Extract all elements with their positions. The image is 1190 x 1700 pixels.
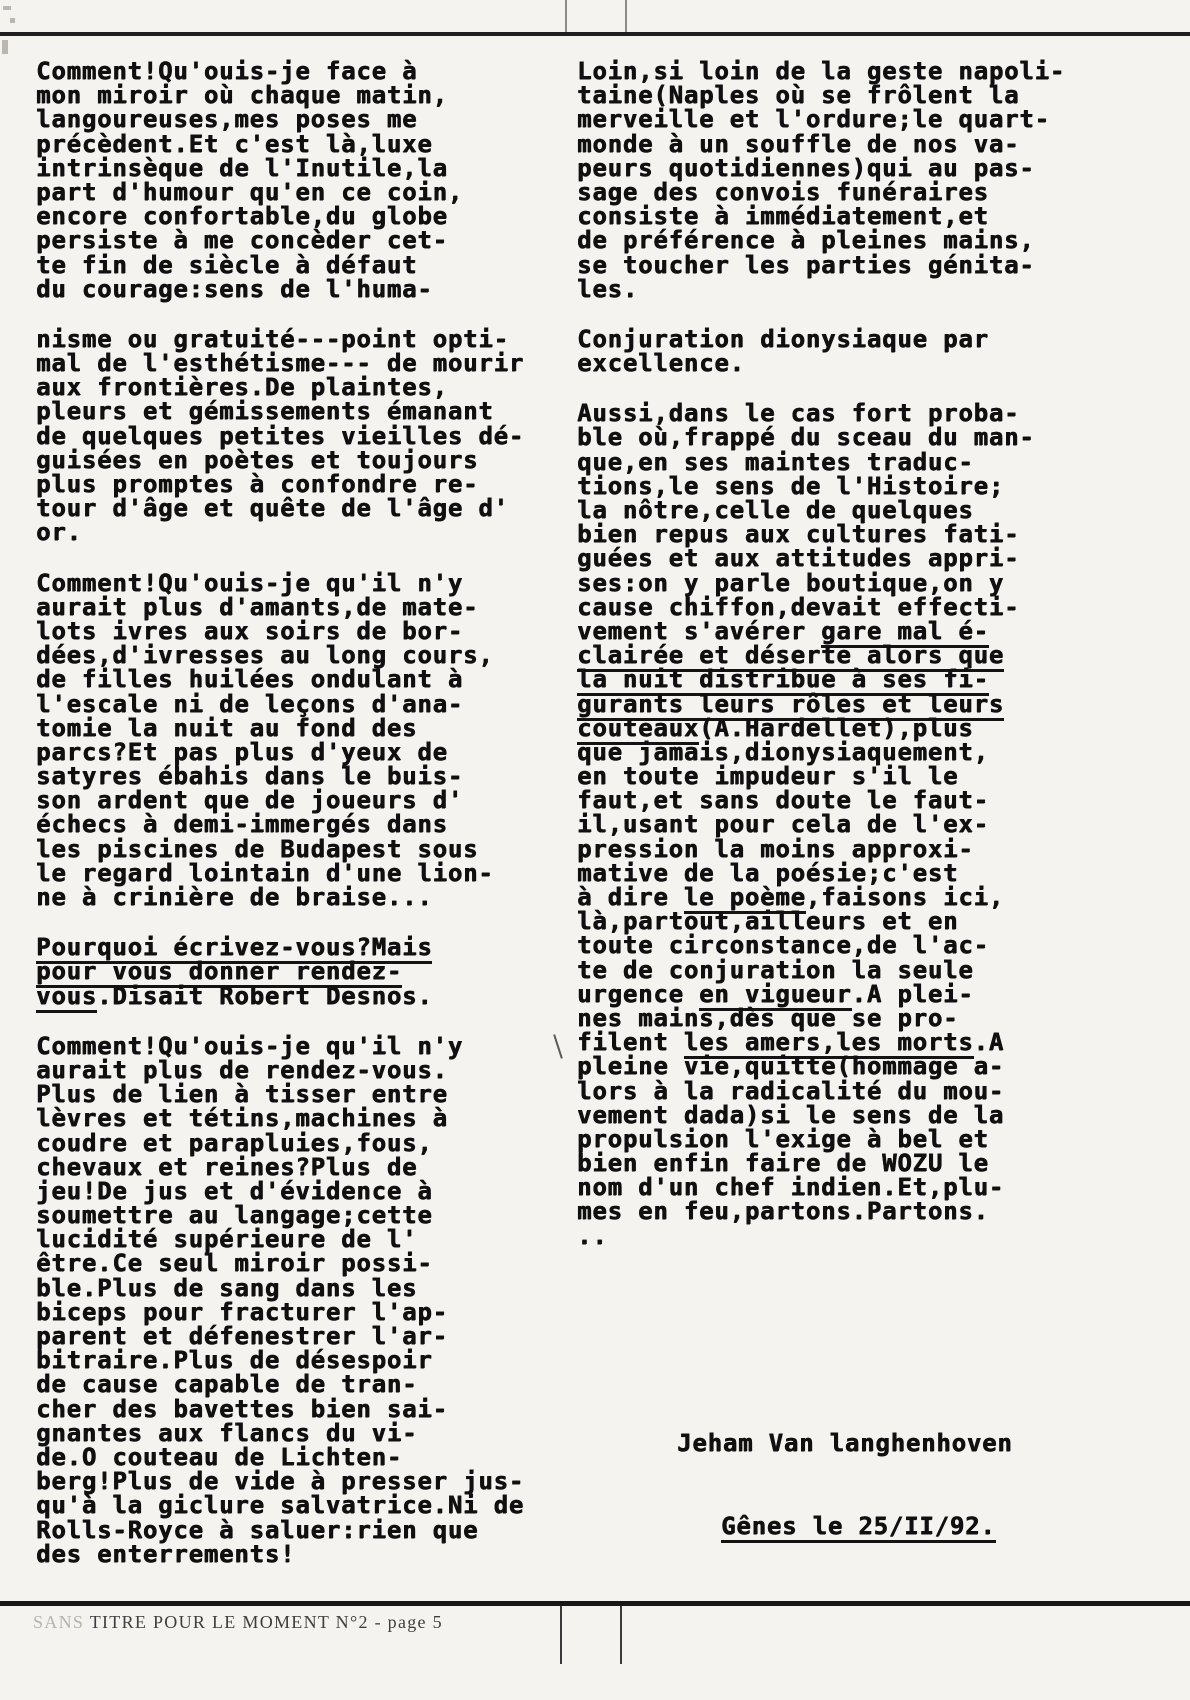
- text-line: clairée et déserte alors que: [577, 643, 1092, 667]
- text-line: pleine vie,quitte(hommage a-: [577, 1054, 1092, 1078]
- text-line: qu'à la giclure salvatrice.Ni de: [36, 1493, 551, 1517]
- text-line: que jamais,dionysiaquement,: [577, 740, 1092, 764]
- text-line: biceps pour fracturer l'ap-: [36, 1300, 551, 1324]
- text-line: l'escale ni de leçons d'ana-: [36, 692, 551, 716]
- text-line: monde à un souffle de nos va-: [577, 132, 1092, 156]
- registration-mark-top-left: [565, 0, 567, 32]
- registration-mark-bottom-left: [560, 1606, 562, 1664]
- paragraph: Conjuration dionysiaque parexcellence.: [577, 327, 1092, 375]
- footer-rule: [0, 1601, 1190, 1606]
- text-line: parent et défenestrer l'ar-: [36, 1324, 551, 1348]
- text-line: échecs à demi-immergés dans: [36, 812, 551, 836]
- text-line: nom d'un chef indien.Et,plu-: [577, 1175, 1092, 1199]
- text-line: précèdent.Et c'est là,luxe: [36, 132, 551, 156]
- text-line: guisées en poètes et toujours: [36, 448, 551, 472]
- paragraph: Pourquoi écrivez-vous?Maispour vous donn…: [36, 935, 551, 1008]
- text-line: de quelques petites vieilles dé-: [36, 424, 551, 448]
- text-line: ne à crinière de braise...: [36, 885, 551, 909]
- text-line: de.O couteau de Lichten-: [36, 1445, 551, 1469]
- paragraph: nisme ou gratuité---point opti-mal de l'…: [36, 327, 551, 545]
- text-line: Rolls-Royce à saluer:rien que: [36, 1518, 551, 1542]
- paragraph: Comment!Qu'ouis-je qu'il n'yaurait plus …: [36, 1034, 551, 1566]
- text-line: cause chiffon,devait effecti-: [577, 595, 1092, 619]
- paragraph: Comment!Qu'ouis-je qu'il n'yaurait plus …: [36, 571, 551, 910]
- text-line: consiste à immédiatement,et: [577, 204, 1092, 228]
- paragraph: Comment!Qu'ouis-je face àmon miroir où c…: [36, 59, 551, 301]
- text-line: bien enfin faire de WOZU le: [577, 1151, 1092, 1175]
- text-line: excellence.: [577, 351, 1092, 375]
- text-line: te de conjuration la seule: [577, 958, 1092, 982]
- text-line: peurs quotidiennes)qui au pas-: [577, 156, 1092, 180]
- text-line: la nuit distribue à ses fi-: [577, 667, 1092, 691]
- text-line: plus promptes à confondre re-: [36, 472, 551, 496]
- text-line: parcs?Et pas plus d'yeux de: [36, 740, 551, 764]
- text-line: pression la moins approxi-: [577, 837, 1092, 861]
- text-line: bien repus aux cultures fati-: [577, 522, 1092, 546]
- footer-faded-word: SANS: [33, 1612, 84, 1632]
- text-line: Pourquoi écrivez-vous?Mais: [36, 935, 551, 959]
- text-line: gnantes aux flancs du vi-: [36, 1421, 551, 1445]
- text-line: là,partout,ailleurs et en: [577, 909, 1092, 933]
- text-line: propulsion l'exige à bel et: [577, 1127, 1092, 1151]
- text-line: Loin,si loin de la geste napoli-: [577, 59, 1092, 83]
- text-line: coudre et parapluies,fous,: [36, 1131, 551, 1155]
- text-line: se toucher les parties génita-: [577, 253, 1092, 277]
- text-line: taine(Naples où se frôlent la: [577, 83, 1092, 107]
- text-line: merveille et l'ordure;le quart-: [577, 107, 1092, 131]
- text-line: les.: [577, 277, 1092, 301]
- document-page: Comment!Qu'ouis-je face àmon miroir où c…: [0, 0, 1190, 1700]
- text-line: tomie la nuit au fond des: [36, 716, 551, 740]
- text-line: Conjuration dionysiaque par: [577, 327, 1092, 351]
- text-line: bitraire.Plus de désespoir: [36, 1348, 551, 1372]
- text-line: cher des bavettes bien sai-: [36, 1397, 551, 1421]
- text-line: lots ivres aux soirs de bor-: [36, 619, 551, 643]
- text-line: la nôtre,celle de quelques: [577, 498, 1092, 522]
- scan-speck: [2, 40, 8, 54]
- text-line: aurait plus d'amants,de mate-: [36, 595, 551, 619]
- text-line: ble où,frappé du sceau du man-: [577, 425, 1092, 449]
- text-line: satyres ébahis dans le buis-: [36, 764, 551, 788]
- text-line: filent les amers,les morts.A: [577, 1030, 1092, 1054]
- text-line: urgence en vigueur.A plei-: [577, 982, 1092, 1006]
- text-line: en toute impudeur s'il le: [577, 764, 1092, 788]
- text-line: Comment!Qu'ouis-je qu'il n'y: [36, 1034, 551, 1058]
- text-line: le regard lointain d'une lion-: [36, 861, 551, 885]
- text-line: encore confortable,du globe: [36, 204, 551, 228]
- text-line: aurait plus de rendez-vous.: [36, 1058, 551, 1082]
- text-line: ..: [577, 1224, 1092, 1248]
- text-line: mon miroir où chaque matin,: [36, 83, 551, 107]
- text-line: part d'humour qu'en ce coin,: [36, 180, 551, 204]
- text-line: berg!Plus de vide à presser jus-: [36, 1469, 551, 1493]
- text-line: tour d'âge et quête de l'âge d': [36, 496, 551, 520]
- text-line: les piscines de Budapest sous: [36, 837, 551, 861]
- text-line: dées,d'ivresses au long cours,: [36, 643, 551, 667]
- text-line: que,en ses maintes traduc-: [577, 450, 1092, 474]
- text-line: ble.Plus de sang dans les: [36, 1276, 551, 1300]
- text-line: de filles huilées ondulant à: [36, 667, 551, 691]
- text-line: toute circonstance,de l'ac-: [577, 933, 1092, 957]
- text-line: de préférence à pleines mains,: [577, 228, 1092, 252]
- text-line: gurants leurs rôles et leurs: [577, 692, 1092, 716]
- text-line: mative de la poésie;c'est: [577, 861, 1092, 885]
- text-line: intrinsèque de l'Inutile,la: [36, 156, 551, 180]
- text-line: Plus de lien à tisser entre: [36, 1082, 551, 1106]
- signature-block: Jeham Van langhenhoven Gênes le 25/II/92…: [577, 1383, 1092, 1587]
- text-column-left: Comment!Qu'ouis-je face àmon miroir où c…: [36, 59, 551, 1592]
- text-line: vement dada)si le sens de la: [577, 1103, 1092, 1127]
- text-line: persiste à me concèder cet-: [36, 228, 551, 252]
- text-line: faut,et sans doute le faut-: [577, 788, 1092, 812]
- text-line: soumettre au langage;cette: [36, 1203, 551, 1227]
- text-line: sage des convois funéraires: [577, 180, 1092, 204]
- top-rule: [0, 32, 1190, 36]
- registration-mark-top-right: [625, 0, 627, 32]
- text-line: pleurs et gémissements émanant: [36, 399, 551, 423]
- text-line: vement s'avérer gare mal é-: [577, 619, 1092, 643]
- text-line: couteaux(A.Hardellet),plus: [577, 716, 1092, 740]
- text-line: ses:on y parle boutique,on y: [577, 571, 1092, 595]
- text-line: des enterrements!: [36, 1542, 551, 1566]
- scan-speck: [3, 6, 11, 10]
- text-line: de cause capable de tran-: [36, 1372, 551, 1396]
- text-line: mal de l'esthétisme--- de mourir: [36, 351, 551, 375]
- footer-text: TITRE POUR LE MOMENT N°2 - page 5: [84, 1612, 443, 1632]
- paragraph: Loin,si loin de la geste napoli-taine(Na…: [577, 59, 1092, 301]
- text-line: nisme ou gratuité---point opti-: [36, 327, 551, 351]
- registration-mark-bottom-right: [620, 1606, 622, 1664]
- pen-mark: [553, 1034, 563, 1058]
- footer-page-label: SANS TITRE POUR LE MOMENT N°2 - page 5: [33, 1612, 443, 1633]
- text-line: or.: [36, 520, 551, 544]
- text-line: Comment!Qu'ouis-je face à: [36, 59, 551, 83]
- text-line: tions,le sens de l'Histoire;: [577, 474, 1092, 498]
- text-line: lèvres et tétins,machines à: [36, 1106, 551, 1130]
- scan-speck: [10, 18, 15, 23]
- text-line: lucidité supérieure de l': [36, 1227, 551, 1251]
- signature-name: Jeham Van langhenhoven: [677, 1431, 1092, 1455]
- text-line: guées et aux attitudes appri-: [577, 546, 1092, 570]
- text-column-right: Loin,si loin de la geste napoli-taine(Na…: [577, 59, 1092, 1274]
- text-line: Aussi,dans le cas fort proba-: [577, 401, 1092, 425]
- text-line: vous.Disait Robert Desnos.: [36, 984, 551, 1008]
- text-line: il,usant pour cela de l'ex-: [577, 812, 1092, 836]
- text-line: jeu!De jus et d'évidence à: [36, 1179, 551, 1203]
- text-line: pour vous donner rendez-: [36, 959, 551, 983]
- text-line: mes en feu,partons.Partons.: [577, 1199, 1092, 1223]
- text-line: du courage:sens de l'huma-: [36, 277, 551, 301]
- text-line: te fin de siècle à défaut: [36, 253, 551, 277]
- text-line: son ardent que de joueurs d': [36, 788, 551, 812]
- signature-date: Gênes le 25/II/92.: [721, 1514, 1092, 1538]
- text-line: langoureuses,mes poses me: [36, 107, 551, 131]
- text-line: lors à la radicalité du mou-: [577, 1079, 1092, 1103]
- text-line: nes mains,dès que se pro-: [577, 1006, 1092, 1030]
- text-line: aux frontières.De plaintes,: [36, 375, 551, 399]
- text-line: à dire le poème,faisons ici,: [577, 885, 1092, 909]
- text-line: Comment!Qu'ouis-je qu'il n'y: [36, 571, 551, 595]
- text-line: être.Ce seul miroir possi-: [36, 1251, 551, 1275]
- text-line: chevaux et reines?Plus de: [36, 1155, 551, 1179]
- paragraph: Aussi,dans le cas fort proba-ble où,frap…: [577, 401, 1092, 1248]
